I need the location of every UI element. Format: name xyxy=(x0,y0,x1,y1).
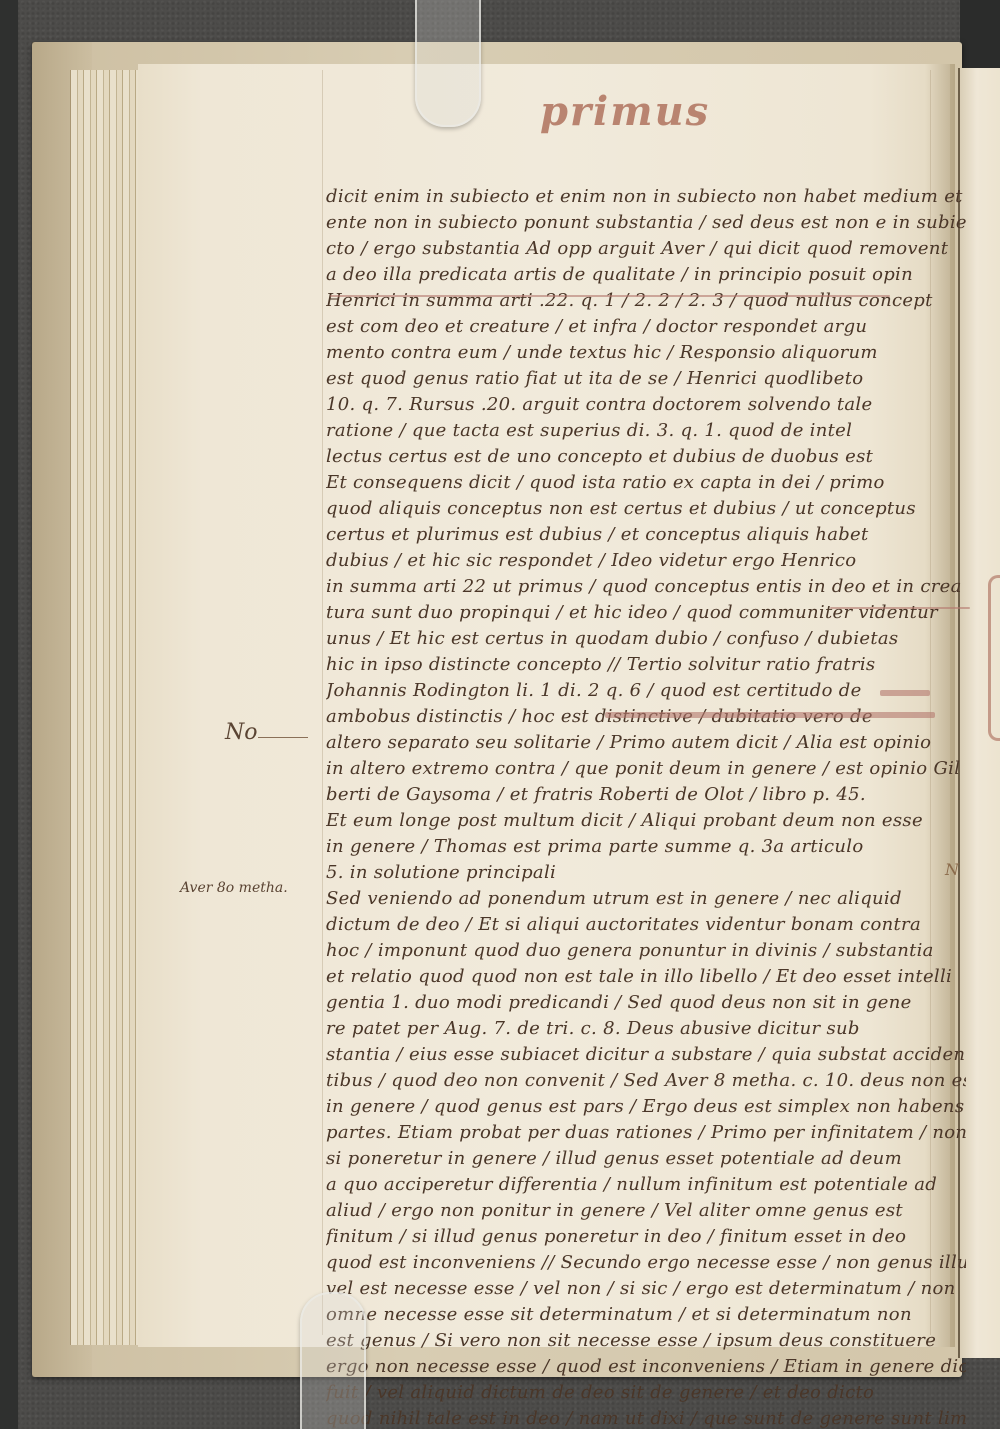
margin-note-no: No xyxy=(225,720,258,745)
manuscript-line: aliud / ergo non ponitur in genere / Vel… xyxy=(326,1198,966,1224)
manuscript-line: in summa arti 22 ut primus / quod concep… xyxy=(326,574,966,600)
manuscript-line: in altero extremo contra / que ponit deu… xyxy=(326,756,966,782)
manuscript-line: Henrici in summa arti .22. q. 1 / 2. 2 /… xyxy=(326,288,966,314)
manuscript-line: partes. Etiam probat per duas rationes /… xyxy=(326,1120,966,1146)
margin-note-line xyxy=(258,737,308,738)
manuscript-line: in genere / quod genus est pars / Ergo d… xyxy=(326,1094,966,1120)
rubric-heading: primus xyxy=(540,88,710,135)
manuscript-line: Sed veniendo ad ponendum utrum est in ge… xyxy=(326,886,966,912)
manuscript-line: hoc / imponunt quod duo genera ponuntur … xyxy=(326,938,966,964)
manuscript-line: est com deo et creature / et infra / doc… xyxy=(326,314,966,340)
manuscript-line: in genere / Thomas est prima parte summe… xyxy=(326,834,966,860)
manuscript-line: tibus / quod deo non convenit / Sed Aver… xyxy=(326,1068,966,1094)
manuscript-line: finitum / si illud genus poneretur in de… xyxy=(326,1224,966,1250)
manuscript-line: lectus certus est de uno concepto et dub… xyxy=(326,444,966,470)
manuscript-line: est quod genus ratio fiat ut ita de se /… xyxy=(326,366,966,392)
manuscript-line: ratione / que tacta est superius di. 3. … xyxy=(326,418,966,444)
manuscript-line: berti de Gaysoma / et fratris Roberti de… xyxy=(326,782,966,808)
manuscript-line: stantia / eius esse subiacet dicitur a s… xyxy=(326,1042,966,1068)
manuscript-line: omne necesse esse sit determinatum / et … xyxy=(326,1302,966,1328)
manuscript-line: fuit / vel aliquid dictum de deo sit de … xyxy=(326,1380,966,1406)
red-flourish xyxy=(605,712,935,718)
manuscript-line: dicit enim in subiecto et enim non in su… xyxy=(326,184,966,210)
manuscript-line: ergo non necesse esse / quod est inconve… xyxy=(326,1354,966,1380)
manuscript-line: vel est necesse esse / vel non / si sic … xyxy=(326,1276,966,1302)
manuscript-line: Et consequens dicit / quod ista ratio ex… xyxy=(326,470,966,496)
manuscript-line: quod nihil tale est in deo / nam ut dixi… xyxy=(326,1406,966,1429)
manuscript-line: certus et plurimus est dubius / et conce… xyxy=(326,522,966,548)
margin-note-aver: Aver 8o metha. xyxy=(180,880,288,896)
red-underline xyxy=(330,295,890,297)
manuscript-line: ente non in subiecto ponunt substantia /… xyxy=(326,210,966,236)
red-bracket-adjacent xyxy=(988,575,1000,741)
manuscript-line: hic in ipso distincte concepto // Tertio… xyxy=(326,652,966,678)
manuscript-line: si poneretur in genere / illud genus ess… xyxy=(326,1146,966,1172)
manuscript-line: dubius / et hic sic respondet / Ideo vid… xyxy=(326,548,966,574)
manuscript-line: cto / ergo substantia Ad opp arguit Aver… xyxy=(326,236,966,262)
manuscript-line: quod aliquis conceptus non est certus et… xyxy=(326,496,966,522)
manuscript-line: a deo illa predicata artis de qualitate … xyxy=(326,262,966,288)
manuscript-line: 10. q. 7. Rursus .20. arguit contra doct… xyxy=(326,392,966,418)
manuscript-line: est genus / Si vero non sit necesse esse… xyxy=(326,1328,966,1354)
manuscript-line: tura sunt duo propinqui / et hic ideo / … xyxy=(326,600,966,626)
red-flourish-end xyxy=(880,690,930,696)
red-underline-2 xyxy=(830,607,970,609)
manuscript-line: altero separato seu solitarie / Primo au… xyxy=(326,730,966,756)
manuscript-line: a quo acciperetur differentia / nullum i… xyxy=(326,1172,966,1198)
manuscript-line: mento contra eum / unde textus hic / Res… xyxy=(326,340,966,366)
manuscript-line: Johannis Rodington li. 1 di. 2 q. 6 / qu… xyxy=(326,678,966,704)
manuscript-line: Et eum longe post multum dicit / Aliqui … xyxy=(326,808,966,834)
manuscript-line: 5. in solutione principali xyxy=(326,860,966,886)
manuscript-line: re patet per Aug. 7. de tri. c. 8. Deus … xyxy=(326,1016,966,1042)
main-text-block: dicit enim in subiecto et enim non in su… xyxy=(326,184,966,1429)
manuscript-line: quod est inconveniens // Secundo ergo ne… xyxy=(326,1250,966,1276)
manuscript-line: et relatio quod quod non est tale in ill… xyxy=(326,964,966,990)
manuscript-line: dictum de deo / Et si aliqui auctoritate… xyxy=(326,912,966,938)
ruling-line-left xyxy=(322,70,323,1335)
background-edge xyxy=(0,0,18,1429)
top-clip xyxy=(415,0,481,127)
manuscript-line: unus / Et hic est certus in quodam dubio… xyxy=(326,626,966,652)
margin-note-right: N xyxy=(945,860,959,879)
manuscript-line: gentia 1. duo modi predicandi / Sed quod… xyxy=(326,990,966,1016)
bottom-clip xyxy=(300,1292,366,1429)
